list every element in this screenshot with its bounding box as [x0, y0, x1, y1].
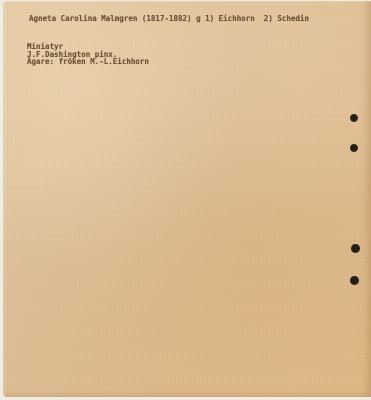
card-paper: Agneta Carolina Malmgren (1817-1882) g 1…: [3, 1, 371, 397]
scanned-archive-card: Agneta Carolina Malmgren (1817-1882) g 1…: [0, 0, 371, 400]
card-details-block: Miniatyr J.F.Dashington pinx. Ägare: frö…: [27, 43, 149, 66]
ink-dot-2: [350, 144, 358, 152]
card-title-line: Agneta Carolina Malmgren (1817-1882) g 1…: [29, 15, 309, 23]
ink-dot-1: [350, 114, 358, 122]
ink-dot-3: [351, 244, 360, 253]
ink-dot-4: [350, 276, 359, 285]
detail-line-owner: Ägare: fröken M.-L.Eichhorn: [27, 58, 149, 66]
